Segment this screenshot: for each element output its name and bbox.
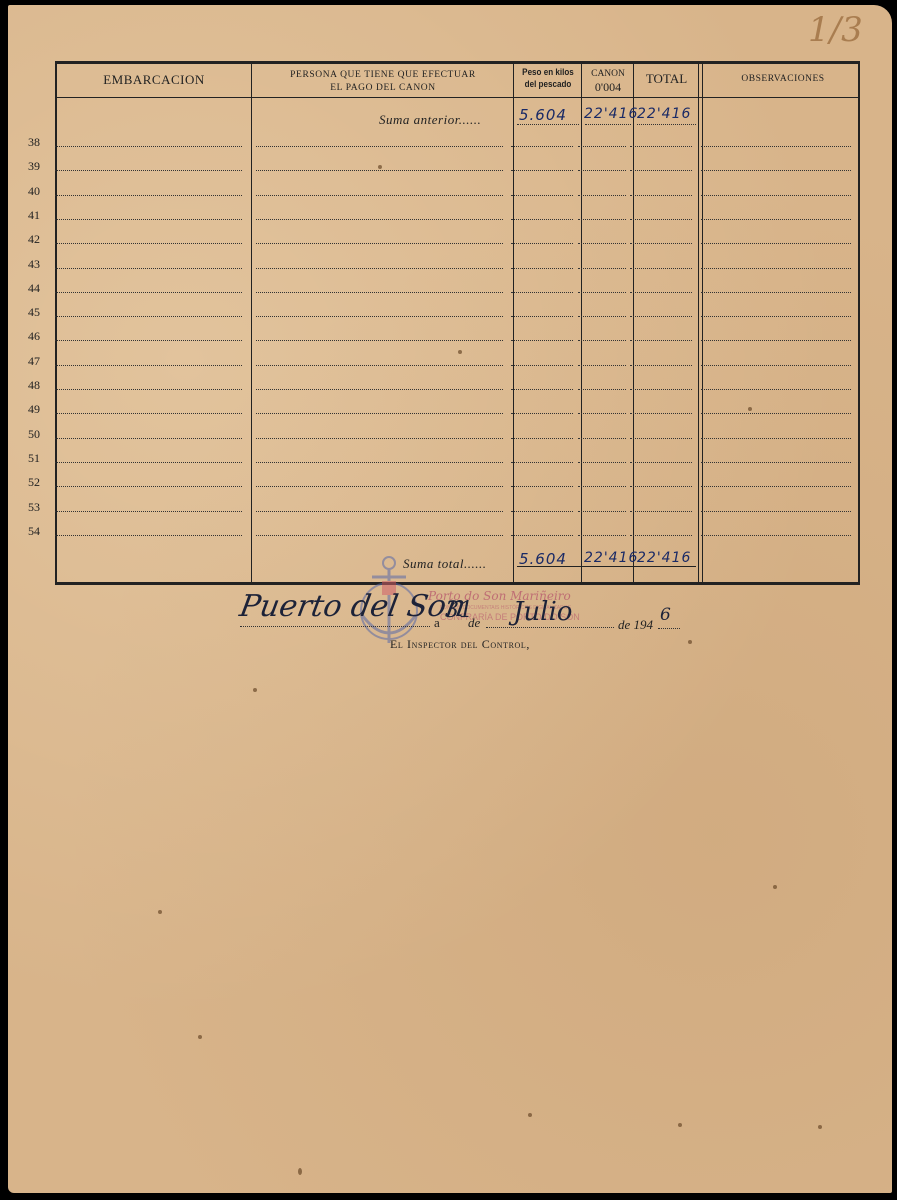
row-number: 54 bbox=[12, 524, 40, 539]
header-total: TOTAL bbox=[635, 71, 698, 87]
entry-line bbox=[578, 170, 626, 171]
header-observaciones: OBSERVACIONES bbox=[704, 74, 862, 84]
entry-line bbox=[511, 511, 573, 512]
entry-line bbox=[630, 268, 692, 269]
footer-de1: de bbox=[468, 615, 480, 631]
entry-line bbox=[630, 535, 692, 536]
header-embarcacion: EMBARCACION bbox=[57, 72, 251, 88]
header-peso-line1: Peso en kilos bbox=[520, 67, 576, 79]
entry-line bbox=[55, 219, 242, 220]
row-number: 40 bbox=[12, 184, 40, 199]
entry-line bbox=[701, 340, 851, 341]
entry-line bbox=[578, 292, 626, 293]
entry-line bbox=[630, 292, 692, 293]
entry-line bbox=[511, 462, 573, 463]
corner-handwritten-mark: 1/3 bbox=[808, 10, 878, 55]
entry-line bbox=[511, 486, 573, 487]
entry-line bbox=[511, 340, 573, 341]
entry-line bbox=[701, 195, 851, 196]
row-number: 48 bbox=[12, 378, 40, 393]
entry-line bbox=[511, 535, 573, 536]
entry-line bbox=[511, 413, 573, 414]
entry-line bbox=[578, 340, 626, 341]
suma-anterior-label: Suma anterior...... bbox=[379, 112, 481, 128]
entry-line bbox=[256, 243, 503, 244]
header-peso: Peso en kilos del pescado bbox=[520, 67, 576, 91]
entry-line bbox=[55, 195, 242, 196]
header-persona: PERSONA QUE TIENE QUE EFECTUAR EL PAGO D… bbox=[253, 69, 513, 95]
entry-line bbox=[701, 243, 851, 244]
entry-line bbox=[256, 462, 503, 463]
suma-anterior-canon: 22'416 bbox=[584, 106, 638, 122]
row-number: 53 bbox=[12, 500, 40, 515]
entry-line bbox=[701, 170, 851, 171]
entry-line bbox=[578, 316, 626, 317]
entry-line bbox=[578, 486, 626, 487]
entry-line bbox=[55, 170, 242, 171]
entry-line bbox=[256, 511, 503, 512]
row-number: 46 bbox=[12, 329, 40, 344]
entry-line bbox=[55, 243, 242, 244]
footer-year-digit: 6 bbox=[660, 605, 671, 625]
footer-month: Julio bbox=[513, 597, 572, 627]
entry-line bbox=[578, 365, 626, 366]
col-divider bbox=[698, 64, 699, 582]
entry-line bbox=[55, 146, 242, 147]
footer-a: a bbox=[434, 615, 440, 631]
entry-line bbox=[256, 535, 503, 536]
row-number: 44 bbox=[12, 281, 40, 296]
entry-line bbox=[55, 486, 242, 487]
entry-line bbox=[511, 146, 573, 147]
suma-anterior-peso: 5.604 bbox=[519, 106, 567, 124]
entry-line bbox=[511, 243, 573, 244]
entry-line bbox=[55, 365, 242, 366]
header-persona-line1: PERSONA QUE TIENE QUE EFECTUAR bbox=[253, 69, 513, 82]
entry-line bbox=[637, 124, 696, 125]
entry-line bbox=[630, 486, 692, 487]
entry-line bbox=[701, 268, 851, 269]
entry-line bbox=[578, 413, 626, 414]
entry-line bbox=[578, 511, 626, 512]
entry-line bbox=[517, 124, 579, 125]
entry-line bbox=[511, 219, 573, 220]
entry-line bbox=[701, 316, 851, 317]
suma-anterior-total: 22'416 bbox=[637, 106, 691, 122]
row-number: 43 bbox=[12, 257, 40, 272]
row-number: 50 bbox=[12, 427, 40, 442]
entry-line bbox=[578, 146, 626, 147]
entry-line bbox=[256, 389, 503, 390]
entry-line bbox=[585, 124, 631, 125]
entry-line bbox=[630, 170, 692, 171]
entry-line bbox=[55, 413, 242, 414]
entry-line bbox=[256, 486, 503, 487]
entry-line bbox=[701, 219, 851, 220]
entry-line bbox=[630, 389, 692, 390]
footer-de2: de 194 bbox=[618, 617, 653, 633]
suma-total-total: 22'416 bbox=[637, 550, 691, 566]
entry-line bbox=[55, 535, 242, 536]
row-number: 39 bbox=[12, 159, 40, 174]
entry-line bbox=[630, 316, 692, 317]
entry-line bbox=[630, 146, 692, 147]
entry-line bbox=[701, 365, 851, 366]
place-line bbox=[240, 626, 430, 627]
row-number: 38 bbox=[12, 135, 40, 150]
entry-line bbox=[701, 146, 851, 147]
header-underline bbox=[57, 97, 858, 98]
entry-line bbox=[511, 438, 573, 439]
entry-line bbox=[701, 462, 851, 463]
entry-line bbox=[630, 195, 692, 196]
entry-line bbox=[578, 268, 626, 269]
header-peso-line2: del pescado bbox=[520, 79, 576, 91]
entry-line bbox=[630, 462, 692, 463]
entry-line bbox=[630, 511, 692, 512]
month-line bbox=[486, 627, 614, 628]
entry-line bbox=[55, 511, 242, 512]
entry-line bbox=[578, 462, 626, 463]
entry-line bbox=[55, 389, 242, 390]
entry-line bbox=[256, 292, 503, 293]
entry-line bbox=[256, 438, 503, 439]
entry-line bbox=[55, 340, 242, 341]
entry-line bbox=[701, 535, 851, 536]
row-number: 45 bbox=[12, 305, 40, 320]
header-persona-line2: EL PAGO DEL CANON bbox=[253, 82, 513, 95]
row-number: 42 bbox=[12, 232, 40, 247]
col-divider bbox=[702, 64, 703, 582]
suma-total-canon: 22'416 bbox=[584, 550, 638, 566]
row-number: 49 bbox=[12, 402, 40, 417]
entry-line bbox=[630, 365, 692, 366]
entry-line bbox=[256, 219, 503, 220]
entry-line bbox=[55, 462, 242, 463]
entry-line bbox=[701, 486, 851, 487]
entry-line bbox=[630, 243, 692, 244]
entry-line bbox=[630, 219, 692, 220]
entry-line bbox=[511, 389, 573, 390]
entry-line bbox=[578, 535, 626, 536]
sum-underline bbox=[517, 566, 696, 567]
row-number: 47 bbox=[12, 354, 40, 369]
header-canon: CANON 0'004 bbox=[583, 68, 633, 94]
entry-line bbox=[701, 292, 851, 293]
entry-line bbox=[55, 292, 242, 293]
entry-line bbox=[511, 365, 573, 366]
year-line bbox=[658, 628, 680, 629]
entry-line bbox=[701, 413, 851, 414]
entry-line bbox=[578, 243, 626, 244]
col-divider bbox=[251, 64, 252, 582]
document-page: 1/3 EMBARCACION PERSONA QUE TIENE QUE EF… bbox=[8, 5, 892, 1193]
col-divider bbox=[633, 64, 634, 582]
entry-line bbox=[55, 316, 242, 317]
entry-line bbox=[511, 195, 573, 196]
entry-line bbox=[578, 389, 626, 390]
entry-line bbox=[55, 268, 242, 269]
row-number: 52 bbox=[12, 475, 40, 490]
entry-line bbox=[630, 438, 692, 439]
signature-title: El Inspector del Control, bbox=[390, 637, 530, 652]
header-canon-rate: 0'004 bbox=[583, 81, 633, 94]
entry-line bbox=[630, 413, 692, 414]
entry-line bbox=[256, 340, 503, 341]
entry-line bbox=[256, 365, 503, 366]
col-divider bbox=[581, 64, 582, 582]
entry-line bbox=[630, 340, 692, 341]
entry-line bbox=[701, 389, 851, 390]
entry-line bbox=[511, 292, 573, 293]
row-number: 41 bbox=[12, 208, 40, 223]
entry-line bbox=[511, 170, 573, 171]
entry-line bbox=[701, 511, 851, 512]
entry-line bbox=[256, 195, 503, 196]
entry-line bbox=[511, 268, 573, 269]
entry-line bbox=[256, 413, 503, 414]
entry-line bbox=[256, 268, 503, 269]
entry-line bbox=[578, 195, 626, 196]
entry-line bbox=[578, 219, 626, 220]
entry-line bbox=[578, 438, 626, 439]
row-number: 51 bbox=[12, 451, 40, 466]
entry-line bbox=[256, 146, 503, 147]
entry-line bbox=[256, 170, 503, 171]
col-divider bbox=[513, 64, 514, 582]
entry-line bbox=[55, 438, 242, 439]
entry-line bbox=[256, 316, 503, 317]
entry-line bbox=[511, 316, 573, 317]
entry-line bbox=[701, 438, 851, 439]
canon-table: EMBARCACION PERSONA QUE TIENE QUE EFECTU… bbox=[55, 61, 860, 585]
